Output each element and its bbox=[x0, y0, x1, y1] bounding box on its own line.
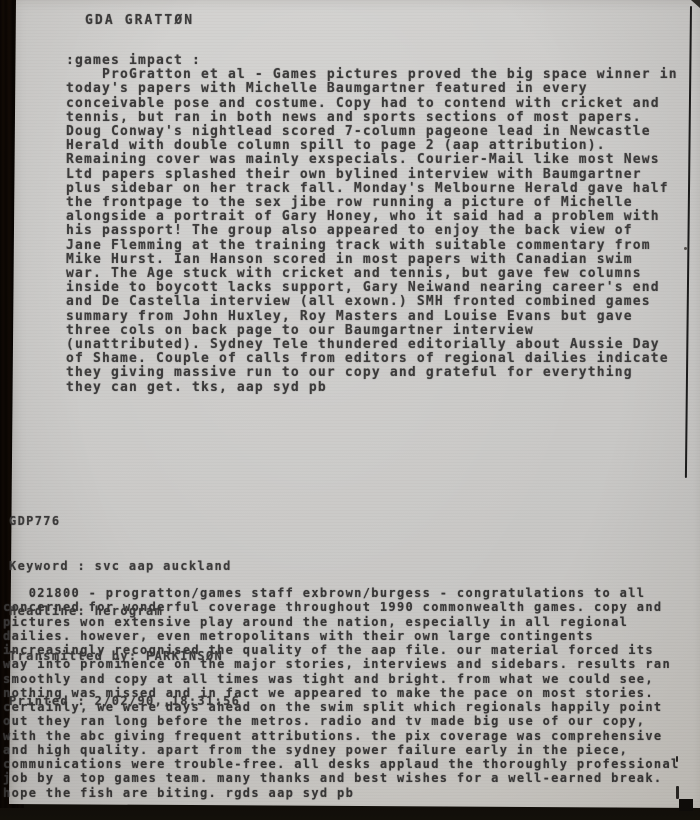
ink-speck bbox=[684, 247, 687, 250]
addressee-line: GDA GRATTØN bbox=[85, 14, 194, 28]
table-shadow-notch bbox=[679, 799, 693, 811]
pen-mark bbox=[676, 756, 678, 762]
pen-mark bbox=[676, 786, 679, 799]
herogram-message: 021800 - progratton/games staff exbrown/… bbox=[3, 586, 680, 800]
telex-photo: GDA GRATTØN :games impact : ProGratton e… bbox=[0, 0, 700, 820]
games-impact-story: :games impact : ProGratton et al - Games… bbox=[66, 54, 678, 395]
keyword-line: Keyword : svc aap auckland bbox=[9, 559, 240, 574]
reference-line: GDP776 bbox=[9, 514, 240, 529]
